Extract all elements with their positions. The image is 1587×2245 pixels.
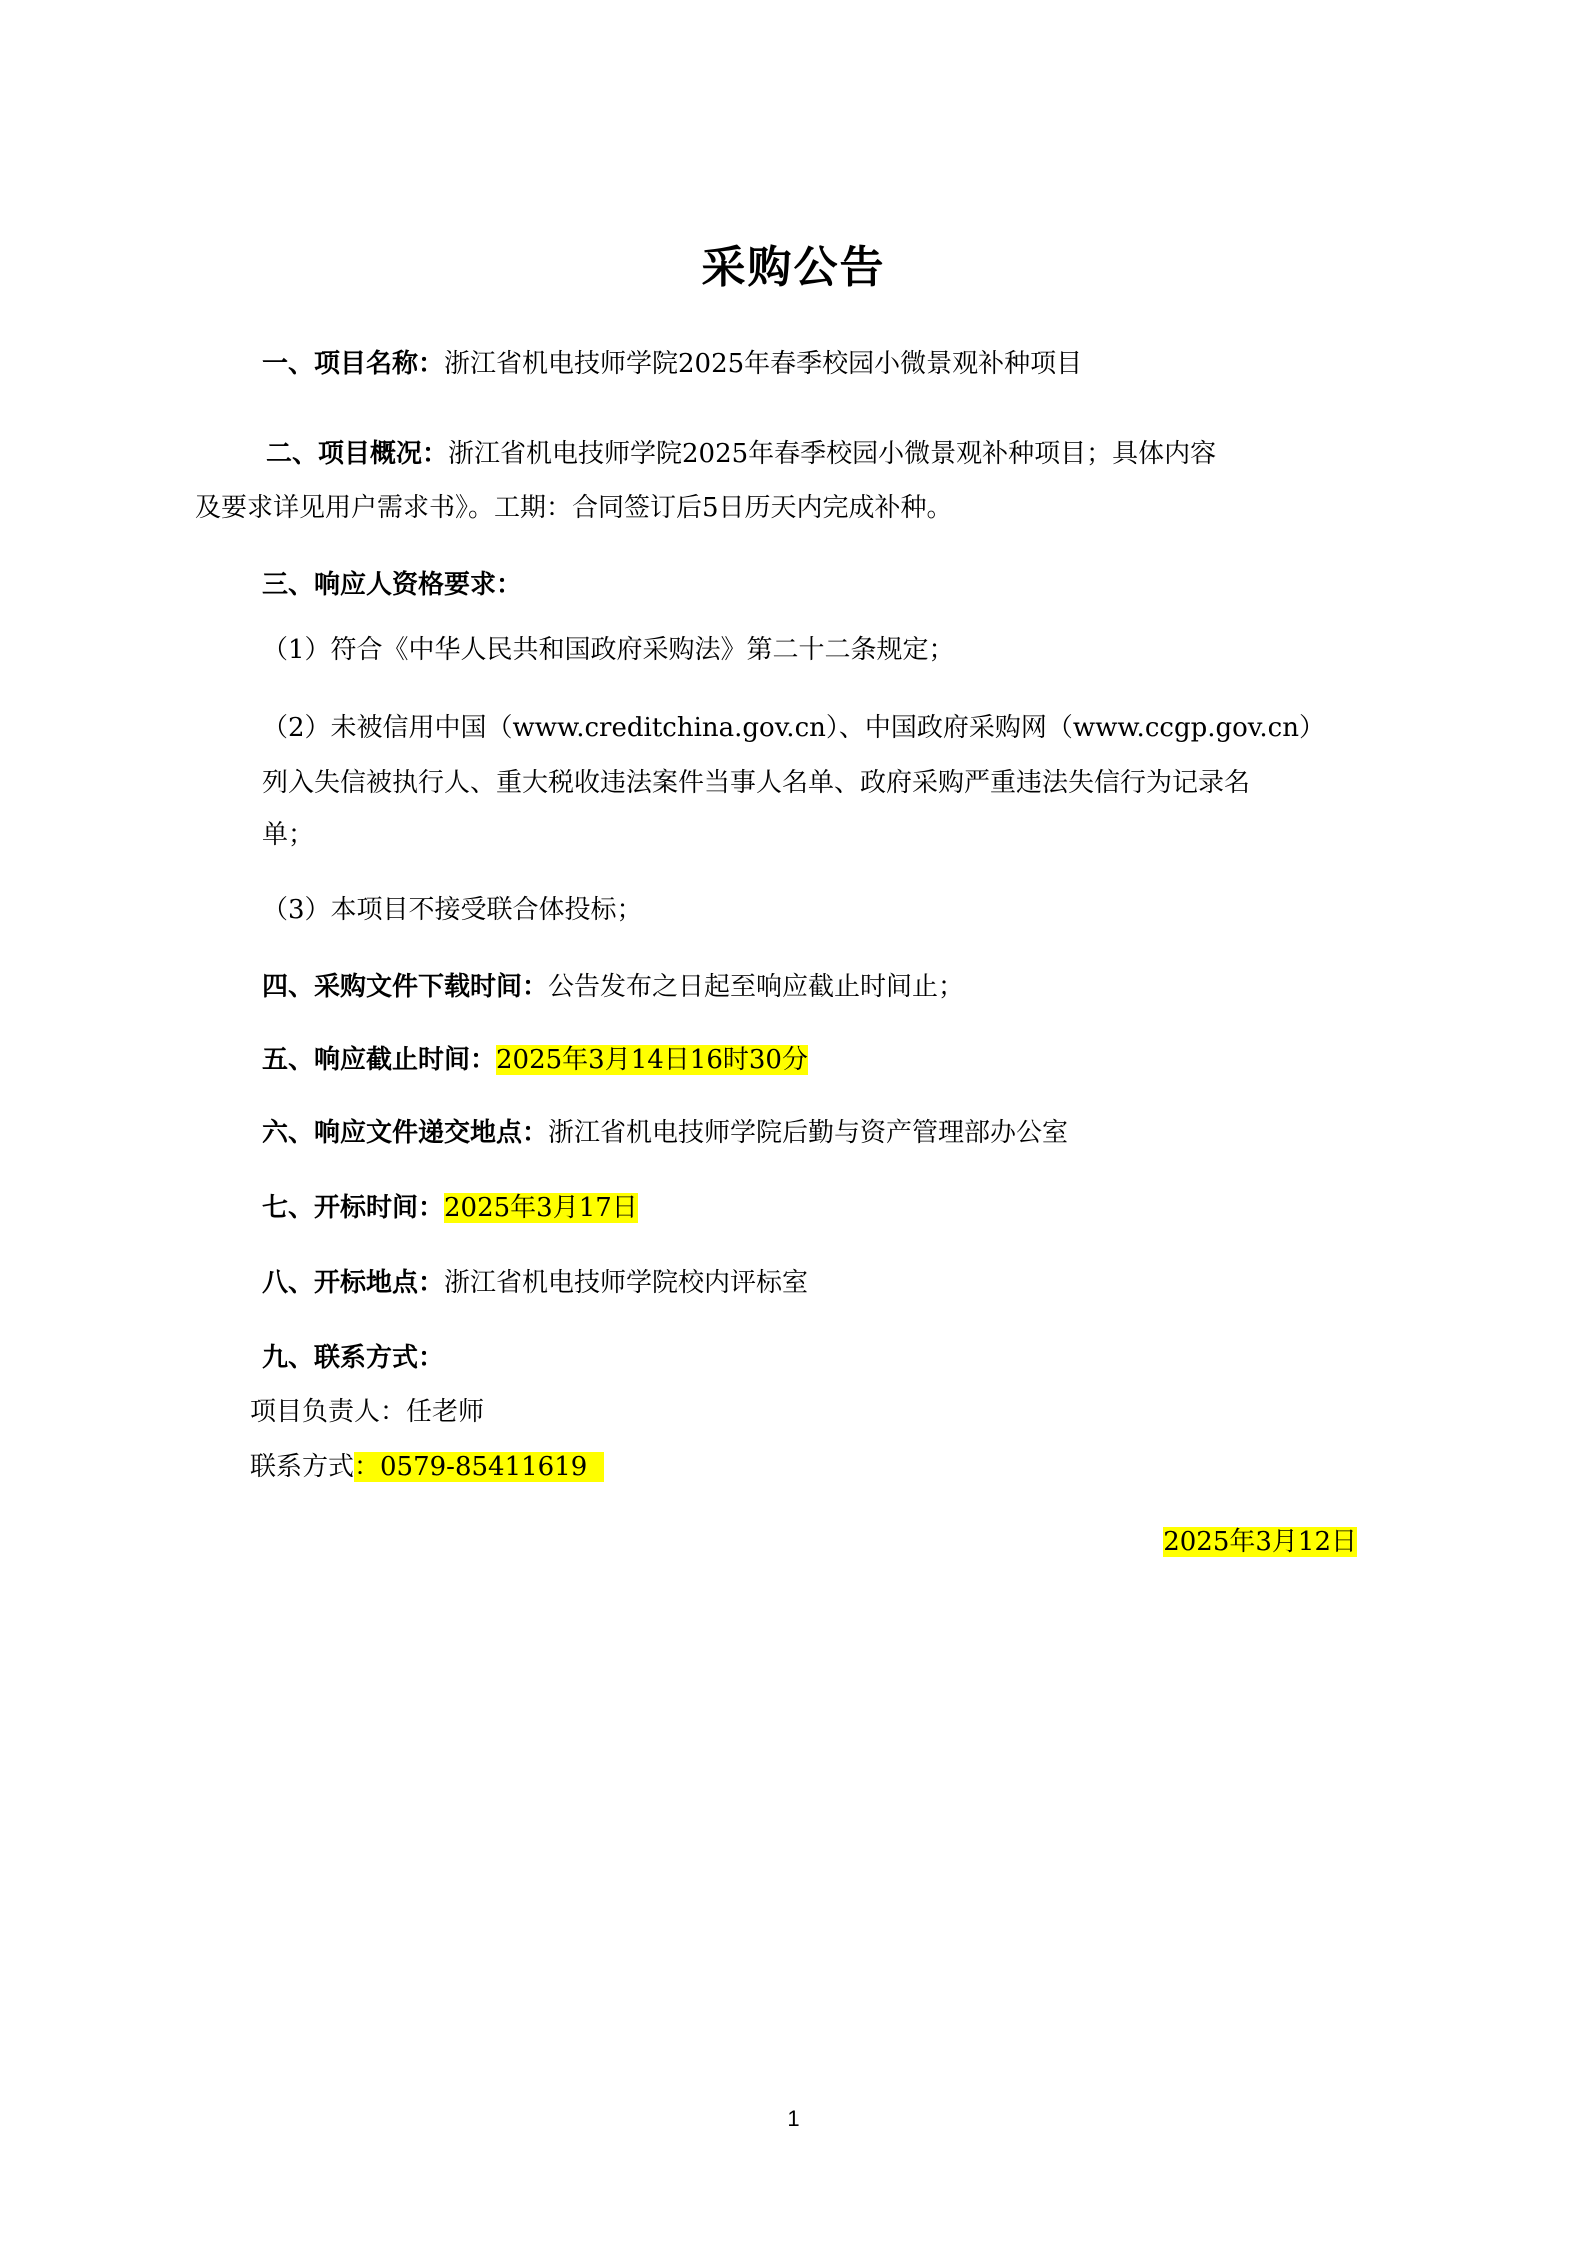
qualification-item-2: （2）未被信用中国（www.creditchina.gov.cn）、中国政府采购… (262, 711, 1325, 745)
qualification-item-3: （3）本项目不接受联合体投标； (262, 893, 643, 927)
qualification-item-1: （1）符合《中华人民共和国政府采购法》第二十二条规定； (262, 633, 955, 667)
section-project-name: 一、项目名称：浙江省机电技师学院2025年春季校园小微景观补种项目 (262, 347, 1082, 381)
section-opening-time: 七、开标时间：2025年3月17日 (262, 1191, 638, 1225)
deadline-value-highlighted: 2025年3月14日16时30分 (496, 1045, 808, 1075)
contact-person-label: 项目负责人： (250, 1397, 406, 1427)
section-download-time: 四、采购文件下载时间：公告发布之日起至响应截止时间止； (262, 970, 964, 1004)
opening-time-value-highlighted: 2025年3月17日 (444, 1193, 638, 1223)
date-value-highlighted: 2025年3月12日 (1163, 1527, 1357, 1557)
section-label: 二、项目概况： (266, 439, 448, 469)
section-value: 公告发布之日起至响应截止时间止； (548, 972, 964, 1002)
contact-person-value: 任老师 (406, 1397, 484, 1427)
page-number: 1 (0, 2106, 1587, 2132)
section-label: 四、采购文件下载时间： (262, 972, 548, 1002)
announcement-date: 2025年3月12日 (1163, 1525, 1357, 1559)
qualification-item-2-cont2: 单； (262, 818, 314, 852)
section-value: 浙江省机电技师学院2025年春季校园小微景观补种项目；具体内容 (448, 439, 1216, 469)
page-title: 采购公告 (0, 240, 1587, 296)
contact-person: 项目负责人：任老师 (250, 1395, 484, 1429)
section-submission-location: 六、响应文件递交地点：浙江省机电技师学院后勤与资产管理部办公室 (262, 1116, 1068, 1150)
section-value: 浙江省机电技师学院后勤与资产管理部办公室 (548, 1118, 1068, 1148)
contact-phone-label: 联系方式 (250, 1452, 354, 1482)
section-label: 八、开标地点： (262, 1268, 444, 1298)
contact-phone-value-highlighted: ：0579-85411619 (354, 1452, 604, 1482)
section-qualification-label: 三、响应人资格要求： (262, 568, 522, 602)
section-project-overview-cont: 及要求详见用户需求书》。工期：合同签订后5日历天内完成补种。 (195, 491, 953, 525)
section-label: 六、响应文件递交地点： (262, 1118, 548, 1148)
qualification-item-2-cont: 列入失信被执行人、重大税收违法案件当事人名单、政府采购严重违法失信行为记录名 (262, 766, 1250, 800)
section-value: 浙江省机电技师学院2025年春季校园小微景观补种项目 (444, 349, 1082, 379)
section-label: 五、响应截止时间： (262, 1045, 496, 1075)
section-opening-location: 八、开标地点：浙江省机电技师学院校内评标室 (262, 1266, 808, 1300)
contact-phone: 联系方式：0579-85411619 (250, 1450, 604, 1484)
section-contact-label: 九、联系方式： (262, 1341, 444, 1375)
section-label: 一、项目名称： (262, 349, 444, 379)
section-value: 浙江省机电技师学院校内评标室 (444, 1268, 808, 1298)
section-response-deadline: 五、响应截止时间：2025年3月14日16时30分 (262, 1043, 808, 1077)
section-label: 七、开标时间： (262, 1193, 444, 1223)
section-project-overview: 二、项目概况：浙江省机电技师学院2025年春季校园小微景观补种项目；具体内容 (266, 437, 1216, 471)
